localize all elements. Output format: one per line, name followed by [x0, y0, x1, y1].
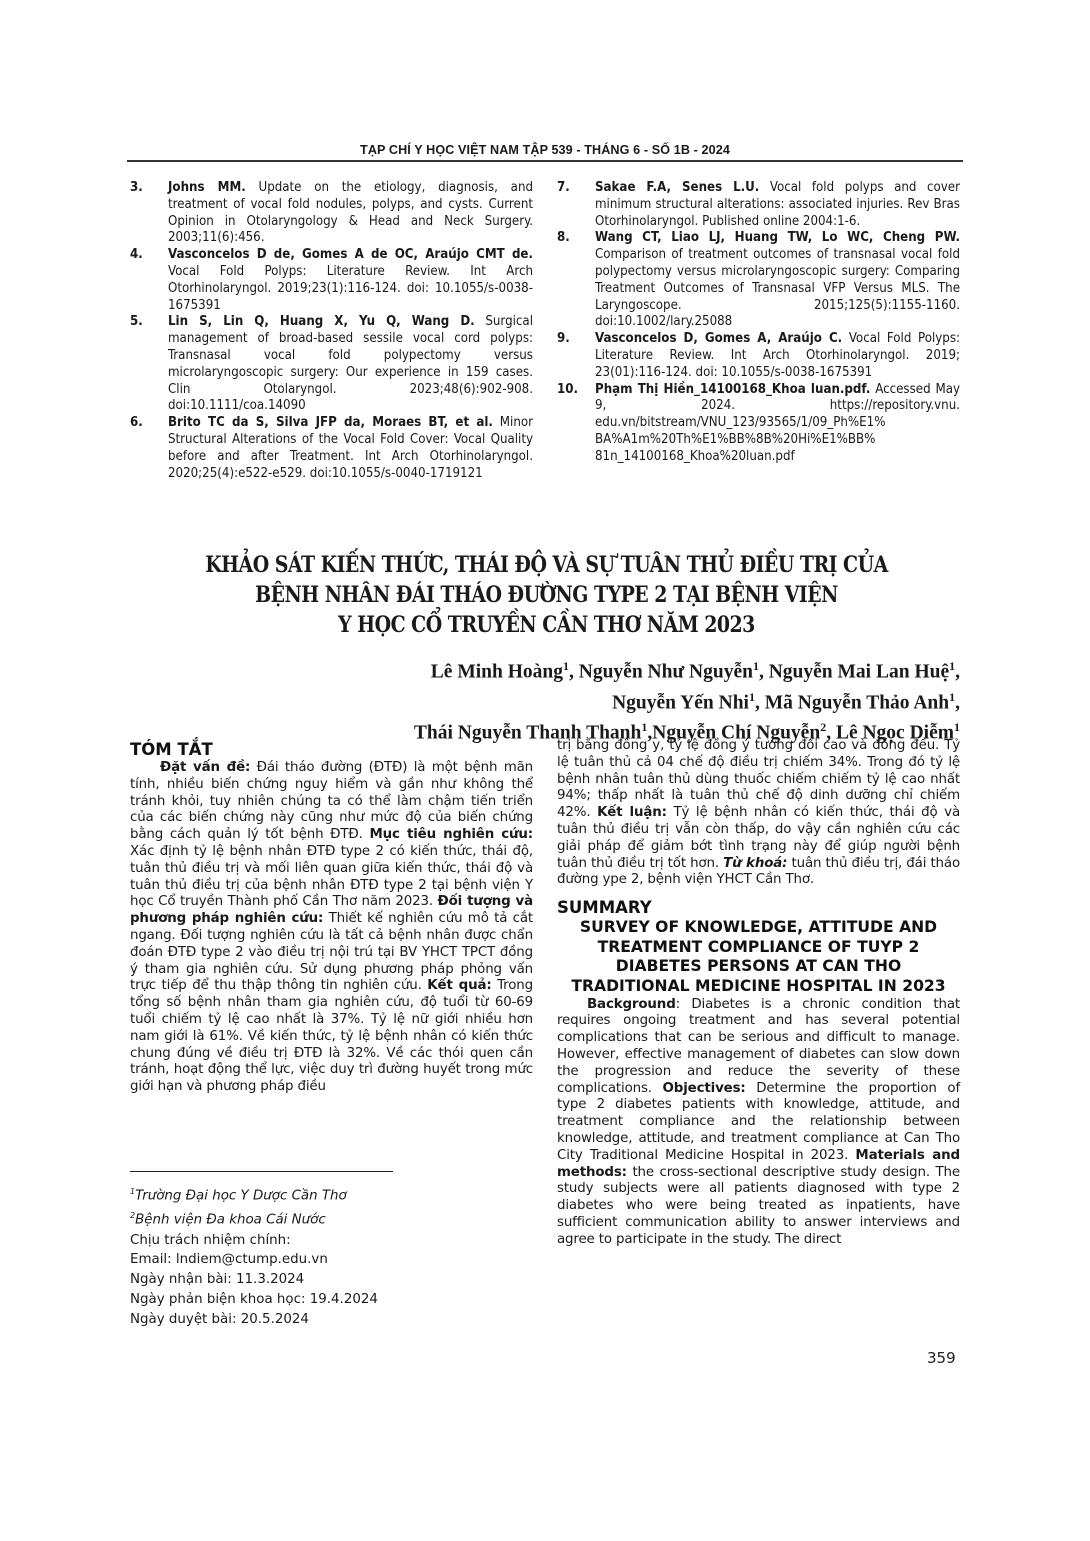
reference-number: 6.	[130, 415, 143, 432]
en-objectives-label: Objectives:	[663, 1081, 746, 1096]
references-right-column: 7.Sakae F.A, Senes L.U. Vocal fold polyp…	[557, 180, 960, 466]
reference-authors: Vasconcelos D, Gomes A, Araújo C.	[595, 331, 842, 346]
reference-number: 8.	[557, 230, 570, 247]
article-title: KHẢO SÁT KIẾN THỨC, THÁI ĐỘ VÀ SỰ TUÂN T…	[188, 550, 904, 640]
reference-item: 5.Lin S, Lin Q, Huang X, Yu Q, Wang D. S…	[130, 314, 533, 415]
reference-number: 7.	[557, 180, 570, 197]
running-head: TẠP CHÍ Y HỌC VIỆT NAM TẬP 539 - THÁNG 6…	[127, 143, 963, 157]
author-line: Nguyễn Yến Nhi1, Mã Nguyễn Thảo Anh1,	[300, 685, 960, 716]
abstract-vi-left: TÓM TẮT Đặt vấn đề: Đái tháo đường (ĐTĐ)…	[130, 740, 533, 1096]
author-affiliation-mark: 1	[949, 690, 955, 704]
english-title-line: TRADITIONAL MEDICINE HOSPITAL IN 2023	[557, 977, 960, 997]
reference-item: 10.Phạm Thị Hiền_14100168_Khoa luan.pdf.…	[557, 382, 960, 466]
results-label: Kết quả:	[427, 978, 491, 993]
reference-item: 3.Johns MM. Update on the etiology, diag…	[130, 180, 533, 247]
reference-number: 3.	[130, 180, 143, 197]
reference-authors: Lin S, Lin Q, Huang X, Yu Q, Wang D.	[168, 314, 475, 329]
conclusion-label: Kết luận:	[597, 805, 667, 820]
article-title-line: Y HỌC CỔ TRUYỀN CẦN THƠ NĂM 2023	[188, 610, 904, 640]
background-label: Đặt vấn đề:	[160, 760, 250, 775]
abstract-vi-paragraph: Đặt vấn đề: Đái tháo đường (ĐTĐ) là một …	[130, 760, 533, 1096]
date-received: Ngày nhận bài: 11.3.2024	[130, 1270, 530, 1290]
abstract-vi-continuation: trị bằng đông y, tỷ lệ đồng ý tương đối …	[557, 738, 960, 889]
reference-number: 4.	[130, 247, 143, 264]
author-name: Nguyễn Mai Lan Huệ	[769, 662, 949, 683]
english-title-line: TREATMENT COMPLIANCE OF TUYP 2	[557, 938, 960, 958]
reference-authors: Vasconcelos D de, Gomes A de OC, Araújo …	[168, 247, 533, 262]
english-title: SURVEY OF KNOWLEDGE, ATTITUDE AND TREATM…	[557, 918, 960, 996]
author-name: Lê Minh Hoàng	[431, 662, 563, 683]
header-rule	[127, 160, 963, 162]
page-number: 359	[927, 1349, 956, 1367]
affiliation-1: 1Trường Đại học Y Dược Cần Thơ	[130, 1182, 530, 1206]
english-title-line: DIABETES PERSONS AT CAN THO	[557, 957, 960, 977]
responsible-author: Chịu trách nhiệm chính:	[130, 1231, 530, 1251]
article-title-line: KHẢO SÁT KIẾN THỨC, THÁI ĐỘ VÀ SỰ TUÂN T…	[188, 550, 904, 580]
author-affiliation-mark: 1	[749, 690, 755, 704]
author-list: Lê Minh Hoàng1, Nguyễn Như Nguyễn1, Nguy…	[300, 654, 960, 746]
reference-authors: Phạm Thị Hiền_14100168_Khoa luan.pdf.	[595, 382, 870, 397]
reference-item: 4.Vasconcelos D de, Gomes A de OC, Araúj…	[130, 247, 533, 314]
author-name: Nguyễn Như Nguyễn	[579, 662, 753, 683]
english-title-line: SURVEY OF KNOWLEDGE, ATTITUDE AND	[557, 918, 960, 938]
abstract-right-column: trị bằng đông y, tỷ lệ đồng ý tương đối …	[557, 738, 960, 1249]
reference-item: 6.Brito TC da S, Silva JFP da, Moraes BT…	[130, 415, 533, 482]
reference-authors: Sakae F.A, Senes L.U.	[595, 180, 759, 195]
en-background-label: Background	[587, 997, 676, 1012]
keywords-label: Từ khoá:	[723, 856, 787, 871]
author-affiliation-mark: 1	[563, 659, 569, 673]
reference-number: 9.	[557, 331, 570, 348]
author-line: Lê Minh Hoàng1, Nguyễn Như Nguyễn1, Nguy…	[300, 654, 960, 685]
objectives-label: Mục tiêu nghiên cứu:	[369, 827, 533, 842]
author-affiliation-mark: 1	[949, 659, 955, 673]
summary-paragraph: Background: Diabetes is a chronic condit…	[557, 997, 960, 1249]
affiliation-2: 2Bệnh viện Đa khoa Cái Nước	[130, 1206, 530, 1230]
reference-text: Comparison of treatment outcomes of tran…	[595, 247, 960, 329]
footnote-rule	[130, 1171, 393, 1172]
author-name: Nguyễn Yến Nhi	[612, 692, 749, 713]
reference-authors: Johns MM.	[168, 180, 246, 195]
summary-heading: SUMMARY	[557, 898, 960, 918]
references-left-column: 3.Johns MM. Update on the etiology, diag…	[130, 180, 533, 482]
author-name: Mã Nguyễn Thảo Anh	[765, 692, 949, 713]
date-accepted: Ngày duyệt bài: 20.5.2024	[130, 1310, 530, 1330]
author-affiliation-mark: 1	[641, 720, 647, 734]
reference-number: 10.	[557, 382, 578, 399]
reference-number: 5.	[130, 314, 143, 331]
author-affiliation-mark: 1	[753, 659, 759, 673]
article-title-line: BỆNH NHÂN ĐÁI THÁO ĐƯỜNG TYPE 2 TẠI BỆNH…	[188, 580, 904, 610]
footnotes: 1Trường Đại học Y Dược Cần Thơ 2Bệnh việ…	[130, 1182, 530, 1330]
reference-item: 9.Vasconcelos D, Gomes A, Araújo C. Voca…	[557, 331, 960, 381]
contact-email: Email: lndiem@ctump.edu.vn	[130, 1250, 530, 1270]
date-reviewed: Ngày phản biện khoa học: 19.4.2024	[130, 1290, 530, 1310]
author-affiliation-mark: 1	[954, 720, 960, 734]
abstract-vi-heading: TÓM TẮT	[130, 740, 533, 760]
author-affiliation-mark: 2	[820, 720, 826, 734]
reference-text: Vocal Fold Polyps: Literature Review. In…	[168, 264, 533, 313]
reference-authors: Brito TC da S, Silva JFP da, Moraes BT, …	[168, 415, 493, 430]
reference-authors: Wang CT, Liao LJ, Huang TW, Lo WC, Cheng…	[595, 230, 960, 245]
results-text: Trong tổng số bệnh nhân tham gia nghiên …	[130, 978, 533, 1094]
reference-item: 8.Wang CT, Liao LJ, Huang TW, Lo WC, Che…	[557, 230, 960, 331]
reference-item: 7.Sakae F.A, Senes L.U. Vocal fold polyp…	[557, 180, 960, 230]
